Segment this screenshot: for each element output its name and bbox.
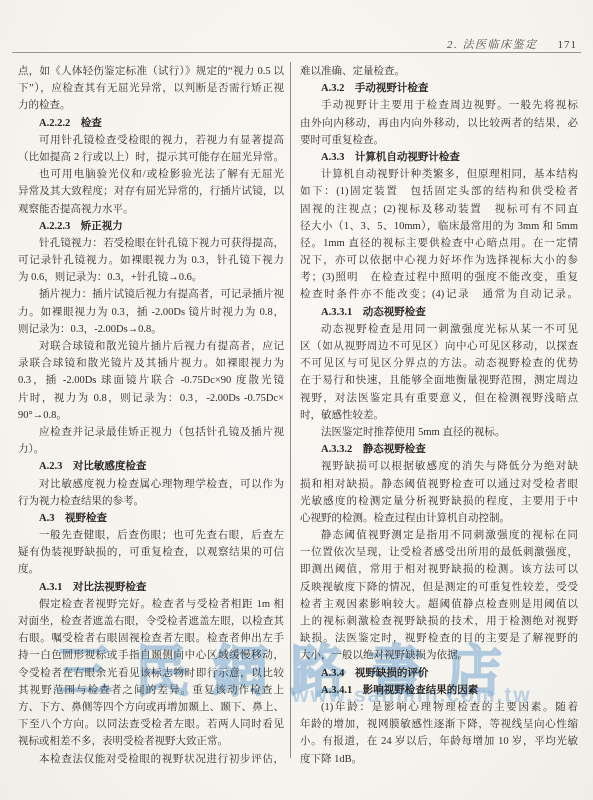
text-line: 损和相对缺损。静态阈值视野检查可以通过对受检者眼 bbox=[300, 476, 578, 493]
text-line: 动态视野检查是用同一刺激强度光标从某一不可见 bbox=[300, 321, 578, 338]
text-line: 本检查法仅能对受检眼的视野状况进行初步评估， bbox=[18, 751, 284, 768]
text-line: 力的检查。 bbox=[18, 97, 284, 114]
text-line: 区（如从视野周边不可见区）向中心可见区移动，以探查 bbox=[300, 338, 578, 355]
text-line: 径。1mm 直径的视标主要供检查中心暗点用。在一定情 bbox=[300, 235, 578, 252]
text-line: 一位置依次呈现，让受检者感受出所用的最低刺激强度， bbox=[300, 544, 578, 561]
section-heading-line: A.2.2.2 检查 bbox=[18, 115, 284, 132]
text-line: 观察能否提高视力水平。 bbox=[18, 201, 284, 218]
text-line: 插片视力：插片试镜后视力有提高者，可记录插片视 bbox=[18, 286, 284, 303]
text-line: 如下：(1)固定装置 包括固定头部的结构和供受检者 bbox=[300, 183, 578, 200]
text-line: 针孔镜视力：若受检眼在针孔镜下视力可获得提高， bbox=[18, 235, 284, 252]
text-line: 应检查并记录最佳矫正视力（包括针孔镜及插片视 bbox=[18, 424, 284, 441]
text-line: 上的视标刺激检查视野缺损的技术，用于检测绝对视野 bbox=[300, 613, 578, 630]
text-line: 下至八个方向。以同法查受检者左眼。若两人同时看见 bbox=[18, 716, 284, 733]
text-line: 方、下方、鼻侧等四个方向或再增加颞上、颞下、鼻上、鼻 bbox=[18, 699, 284, 716]
section-heading-line: A.3.3 计算机自动视野计检查 bbox=[300, 149, 578, 166]
text-line: 异常及其大致程度；对存有屈光异常的，行插片试镜，以 bbox=[18, 183, 284, 200]
text-line: 下”），应检查其有无屈光异常，以判断是否需行矫正视 bbox=[18, 80, 284, 97]
text-line: 况下，亦可以依据中心视力好坏作为选择视标大小的参 bbox=[300, 252, 578, 269]
text-line: 要时可重复检查。 bbox=[300, 132, 578, 149]
section-heading-line: A.2.2.3 矫正视力 bbox=[18, 218, 284, 235]
text-line: 0.3，插 -2.00Ds 球面镜片联合 -0.75Dc×90 度散光镜 bbox=[18, 372, 284, 389]
book-page: 三民網路書店 www.sanmin.com.tw 2. 法医临床鉴定171 点，… bbox=[0, 0, 593, 800]
text-line: 持一白色圆形视标或手指自颞侧向中心区域缓慢移动， bbox=[18, 647, 284, 664]
text-line: 行为视力检查结果的参考。 bbox=[18, 493, 284, 510]
page-header: 2. 法医临床鉴定171 bbox=[447, 36, 577, 52]
text-line: 反映视敏度下降的情况，但是测定的可重复性较差，受受 bbox=[300, 579, 578, 596]
text-line: 视野，对法医鉴定具有重要意义，但在检测视野浅暗点 bbox=[300, 390, 578, 407]
text-line: 难以准确、定量检查。 bbox=[300, 63, 578, 80]
section-heading-line: A.3.3.2 静态视野检查 bbox=[300, 441, 578, 458]
text-line: 即测出阈值，常用于相对视野缺损的检测。该方法可以 bbox=[300, 561, 578, 578]
text-line: 固视的注视点；(2)视标及移动装置 视标可有不同直 bbox=[300, 201, 578, 218]
text-line: 由外向内移动，再由内向外移动，以比较两者的结果，必 bbox=[300, 115, 578, 132]
text-line: 径大小（1、3、5、10mm），临床最常用的为 3mm 和 5mm 直 bbox=[300, 218, 578, 235]
text-line: 对联合球镜和散光镜片插片后视力有提高者，应记 bbox=[18, 338, 284, 355]
text-line: 检者主观因素影响较大。超阈值静点检查则是用阈值以 bbox=[300, 596, 578, 613]
section-heading-line: A.2.3 对比敏感度检查 bbox=[18, 458, 284, 475]
text-line: 考；(3)照明 在检查过程中照明的强度不能改变，重复 bbox=[300, 269, 578, 286]
text-line: 在于易行和快速，且能够全面地衡量视野范围，测定周边 bbox=[300, 372, 578, 389]
text-line: 对比敏感度视力检查属心理物理学检查，可以作为 bbox=[18, 476, 284, 493]
text-line: 年龄的增加，视网膜敏感性逐渐下降，等视线呈向心性缩 bbox=[300, 716, 578, 733]
running-head: 2. 法医临床鉴定 bbox=[447, 39, 538, 51]
text-line: 缺损。法医鉴定时，视野检查的目的主要是了解视野的 bbox=[300, 630, 578, 647]
text-line: 录联合球镜和散光镜片及其插片视力。如裸眼视力为 bbox=[18, 355, 284, 372]
text-line: 心视野的检测。检查过程由计算机自动控制。 bbox=[300, 510, 578, 527]
section-heading-line: A.3.4.1 影响视野检查结果的因素 bbox=[300, 682, 578, 699]
left-column: 点，如《人体轻伤鉴定标准（试行）》规定的“视力 0.5 以下”），应检查其有无屈… bbox=[18, 63, 284, 768]
text-line: 对面坐，检查者遮盖右眼，令受检者遮盖左眼，以检查其 bbox=[18, 613, 284, 630]
text-line: 则记录为：0.3，-2.00Ds→0.8。 bbox=[18, 321, 284, 338]
text-line: 度下降 1dB。 bbox=[300, 751, 578, 768]
section-heading-line: A.3.3.1 动态视野检查 bbox=[300, 304, 578, 321]
section-heading-line: A.3.4 视野缺损的评价 bbox=[300, 665, 578, 682]
text-line: 光敏感度的检测定量分析视野缺损的程度，主要用于中 bbox=[300, 493, 578, 510]
text-line: 右眼。嘱受检者右眼固视检查者左眼。检查者伸出左手 bbox=[18, 630, 284, 647]
text-line: 力）。 bbox=[18, 441, 284, 458]
text-line: 90°→0.8。 bbox=[18, 407, 284, 424]
header-rule bbox=[12, 52, 581, 53]
text-line: 度。 bbox=[18, 561, 284, 578]
text-line: 不可见区与可见区分界点的方法。动态视野检查的优势 bbox=[300, 355, 578, 372]
section-heading-line: A.3 视野检查 bbox=[18, 510, 284, 527]
column-divider bbox=[290, 62, 291, 758]
text-line: 手动视野计主要用于检查周边视野。一般先将视标 bbox=[300, 97, 578, 114]
text-line: 也可用电脑验光仪和/或检影验光法了解有无屈光 bbox=[18, 166, 284, 183]
text-line: 片时，视力为 0.8，则记录为：0.3，-2.00Ds -0.75Dc× bbox=[18, 390, 284, 407]
text-line: 可记录针孔镜视力。如裸眼视力为 0.3，针孔镜下视力 bbox=[18, 252, 284, 269]
text-line: 令受检者在右眼余光看见该标志物时即行示意，以比较 bbox=[18, 665, 284, 682]
text-line: （比如提高 2 行或以上）时，提示其可能存在屈光异常。 bbox=[18, 149, 284, 166]
text-line: (1)年龄：是影响心理物理检查的主要因素。随着 bbox=[300, 699, 578, 716]
page-number: 171 bbox=[558, 39, 578, 51]
section-heading-line: A.3.2 手动视野计检查 bbox=[300, 80, 578, 97]
text-line: 为 0.6，则记录为：0.3，+针孔镜→0.6。 bbox=[18, 269, 284, 286]
text-line: 大小，一般以绝对视野缺损为依据。 bbox=[300, 647, 578, 664]
text-line: 视野缺损可以根据敏感度的消失与降低分为绝对缺 bbox=[300, 458, 578, 475]
text-line: 疑有伪装视野缺损的，可重复检查，以观察结果的可信 bbox=[18, 544, 284, 561]
text-line: 假定检查者视野完好。检查者与受检者相距 1m 相 bbox=[18, 596, 284, 613]
text-line: 小。有报道，在 24 岁以后，年龄每增加 10 岁，平均光敏 bbox=[300, 733, 578, 750]
text-line: 力。如裸眼视力为 0.3，插 -2.00Ds 镜片时视力为 0.8， bbox=[18, 304, 284, 321]
text-line: 其视野范围与检查者之间的差异。重复该动作检查上 bbox=[18, 682, 284, 699]
right-column: 难以准确、定量检查。A.3.2 手动视野计检查手动视野计主要用于检查周边视野。一… bbox=[300, 63, 578, 768]
section-heading-line: A.3.1 对比法视野检查 bbox=[18, 579, 284, 596]
text-line: 点，如《人体轻伤鉴定标准（试行）》规定的“视力 0.5 以 bbox=[18, 63, 284, 80]
text-line: 法医鉴定时推荐使用 5mm 直径的视标。 bbox=[300, 424, 578, 441]
text-line: 可用针孔镜检查受检眼的视力，若视力有显著提高 bbox=[18, 132, 284, 149]
text-line: 计算机自动视野计种类繁多，但原理相同，基本结构 bbox=[300, 166, 578, 183]
text-line: 一般先查健眼，后查伤眼；也可先查右眼，后查左眼。 bbox=[18, 527, 284, 544]
text-line: 静态阈值视野测定是指用不同刺激强度的视标在同 bbox=[300, 527, 578, 544]
text-line: 检查时条件亦不能改变；(4)记录 通常为自动记录。 bbox=[300, 286, 578, 303]
text-line: 时，敏感性较差。 bbox=[300, 407, 578, 424]
text-line: 视标或相差不多，表明受检者视野大致正常。 bbox=[18, 733, 284, 750]
